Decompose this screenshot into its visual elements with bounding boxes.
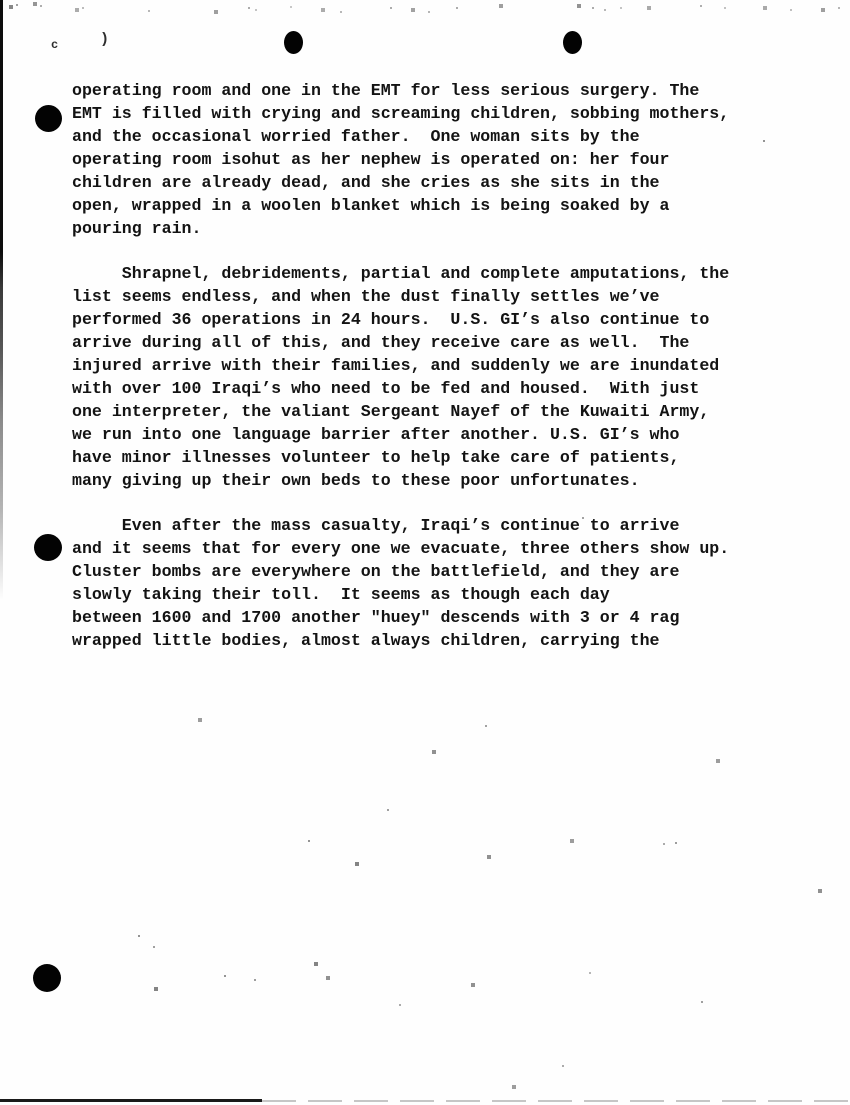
scanned-page: c ) operating room and one in the EMT fo… bbox=[0, 0, 850, 1105]
text-line: many giving up their own beds to these p… bbox=[72, 469, 729, 492]
text-line: one interpreter, the valiant Sergeant Na… bbox=[72, 400, 729, 423]
typewritten-text: operating room and one in the EMT for le… bbox=[72, 79, 729, 674]
text-line: operating room and one in the EMT for le… bbox=[72, 79, 729, 102]
text-line: Cluster bombs are everywhere on the batt… bbox=[72, 560, 729, 583]
text-line: children are already dead, and she cries… bbox=[72, 171, 729, 194]
hole-punch-dot-margin-2 bbox=[34, 534, 62, 561]
text-line: wrapped little bodies, almost always chi… bbox=[72, 629, 729, 652]
text-line: and the occasional worried father. One w… bbox=[72, 125, 729, 148]
text-line: slowly taking their toll. It seems as th… bbox=[72, 583, 729, 606]
text-line: list seems endless, and when the dust fi… bbox=[72, 285, 729, 308]
text-line: and it seems that for every one we evacu… bbox=[72, 537, 729, 560]
text-line: arrive during all of this, and they rece… bbox=[72, 331, 729, 354]
stray-mark-c: c bbox=[51, 38, 58, 52]
text-line: Even after the mass casualty, Iraqi’s co… bbox=[72, 514, 729, 537]
text-line: performed 36 operations in 24 hours. U.S… bbox=[72, 308, 729, 331]
bottom-scan-line-dark bbox=[0, 1099, 262, 1102]
text-line: we run into one language barrier after a… bbox=[72, 423, 729, 446]
text-line: injured arrive with their families, and … bbox=[72, 354, 729, 377]
paragraph-3: Even after the mass casualty, Iraqi’s co… bbox=[72, 514, 729, 652]
hole-punch-dot-margin-1 bbox=[35, 105, 62, 132]
hole-punch-dot-top-left bbox=[284, 31, 303, 54]
text-line: EMT is filled with crying and screaming … bbox=[72, 102, 729, 125]
paragraph-1: operating room and one in the EMT for le… bbox=[72, 79, 729, 240]
paragraph-2: Shrapnel, debridements, partial and comp… bbox=[72, 262, 729, 492]
stray-mark-paren: ) bbox=[100, 31, 109, 48]
text-line: open, wrapped in a woolen blanket which … bbox=[72, 194, 729, 217]
text-line: operating room isohut as her nephew is o… bbox=[72, 148, 729, 171]
left-edge-scan-line bbox=[0, 0, 3, 600]
text-line: have minor illnesses volunteer to help t… bbox=[72, 446, 729, 469]
bottom-scan-line-light bbox=[262, 1100, 850, 1102]
text-line: Shrapnel, debridements, partial and comp… bbox=[72, 262, 729, 285]
text-line: pouring rain. bbox=[72, 217, 729, 240]
scan-noise-body bbox=[0, 0, 2, 2]
text-line: between 1600 and 1700 another "huey" des… bbox=[72, 606, 729, 629]
hole-punch-dot-margin-3 bbox=[33, 964, 61, 992]
hole-punch-dot-top-right bbox=[563, 31, 582, 54]
text-line: with over 100 Iraqi’s who need to be fed… bbox=[72, 377, 729, 400]
